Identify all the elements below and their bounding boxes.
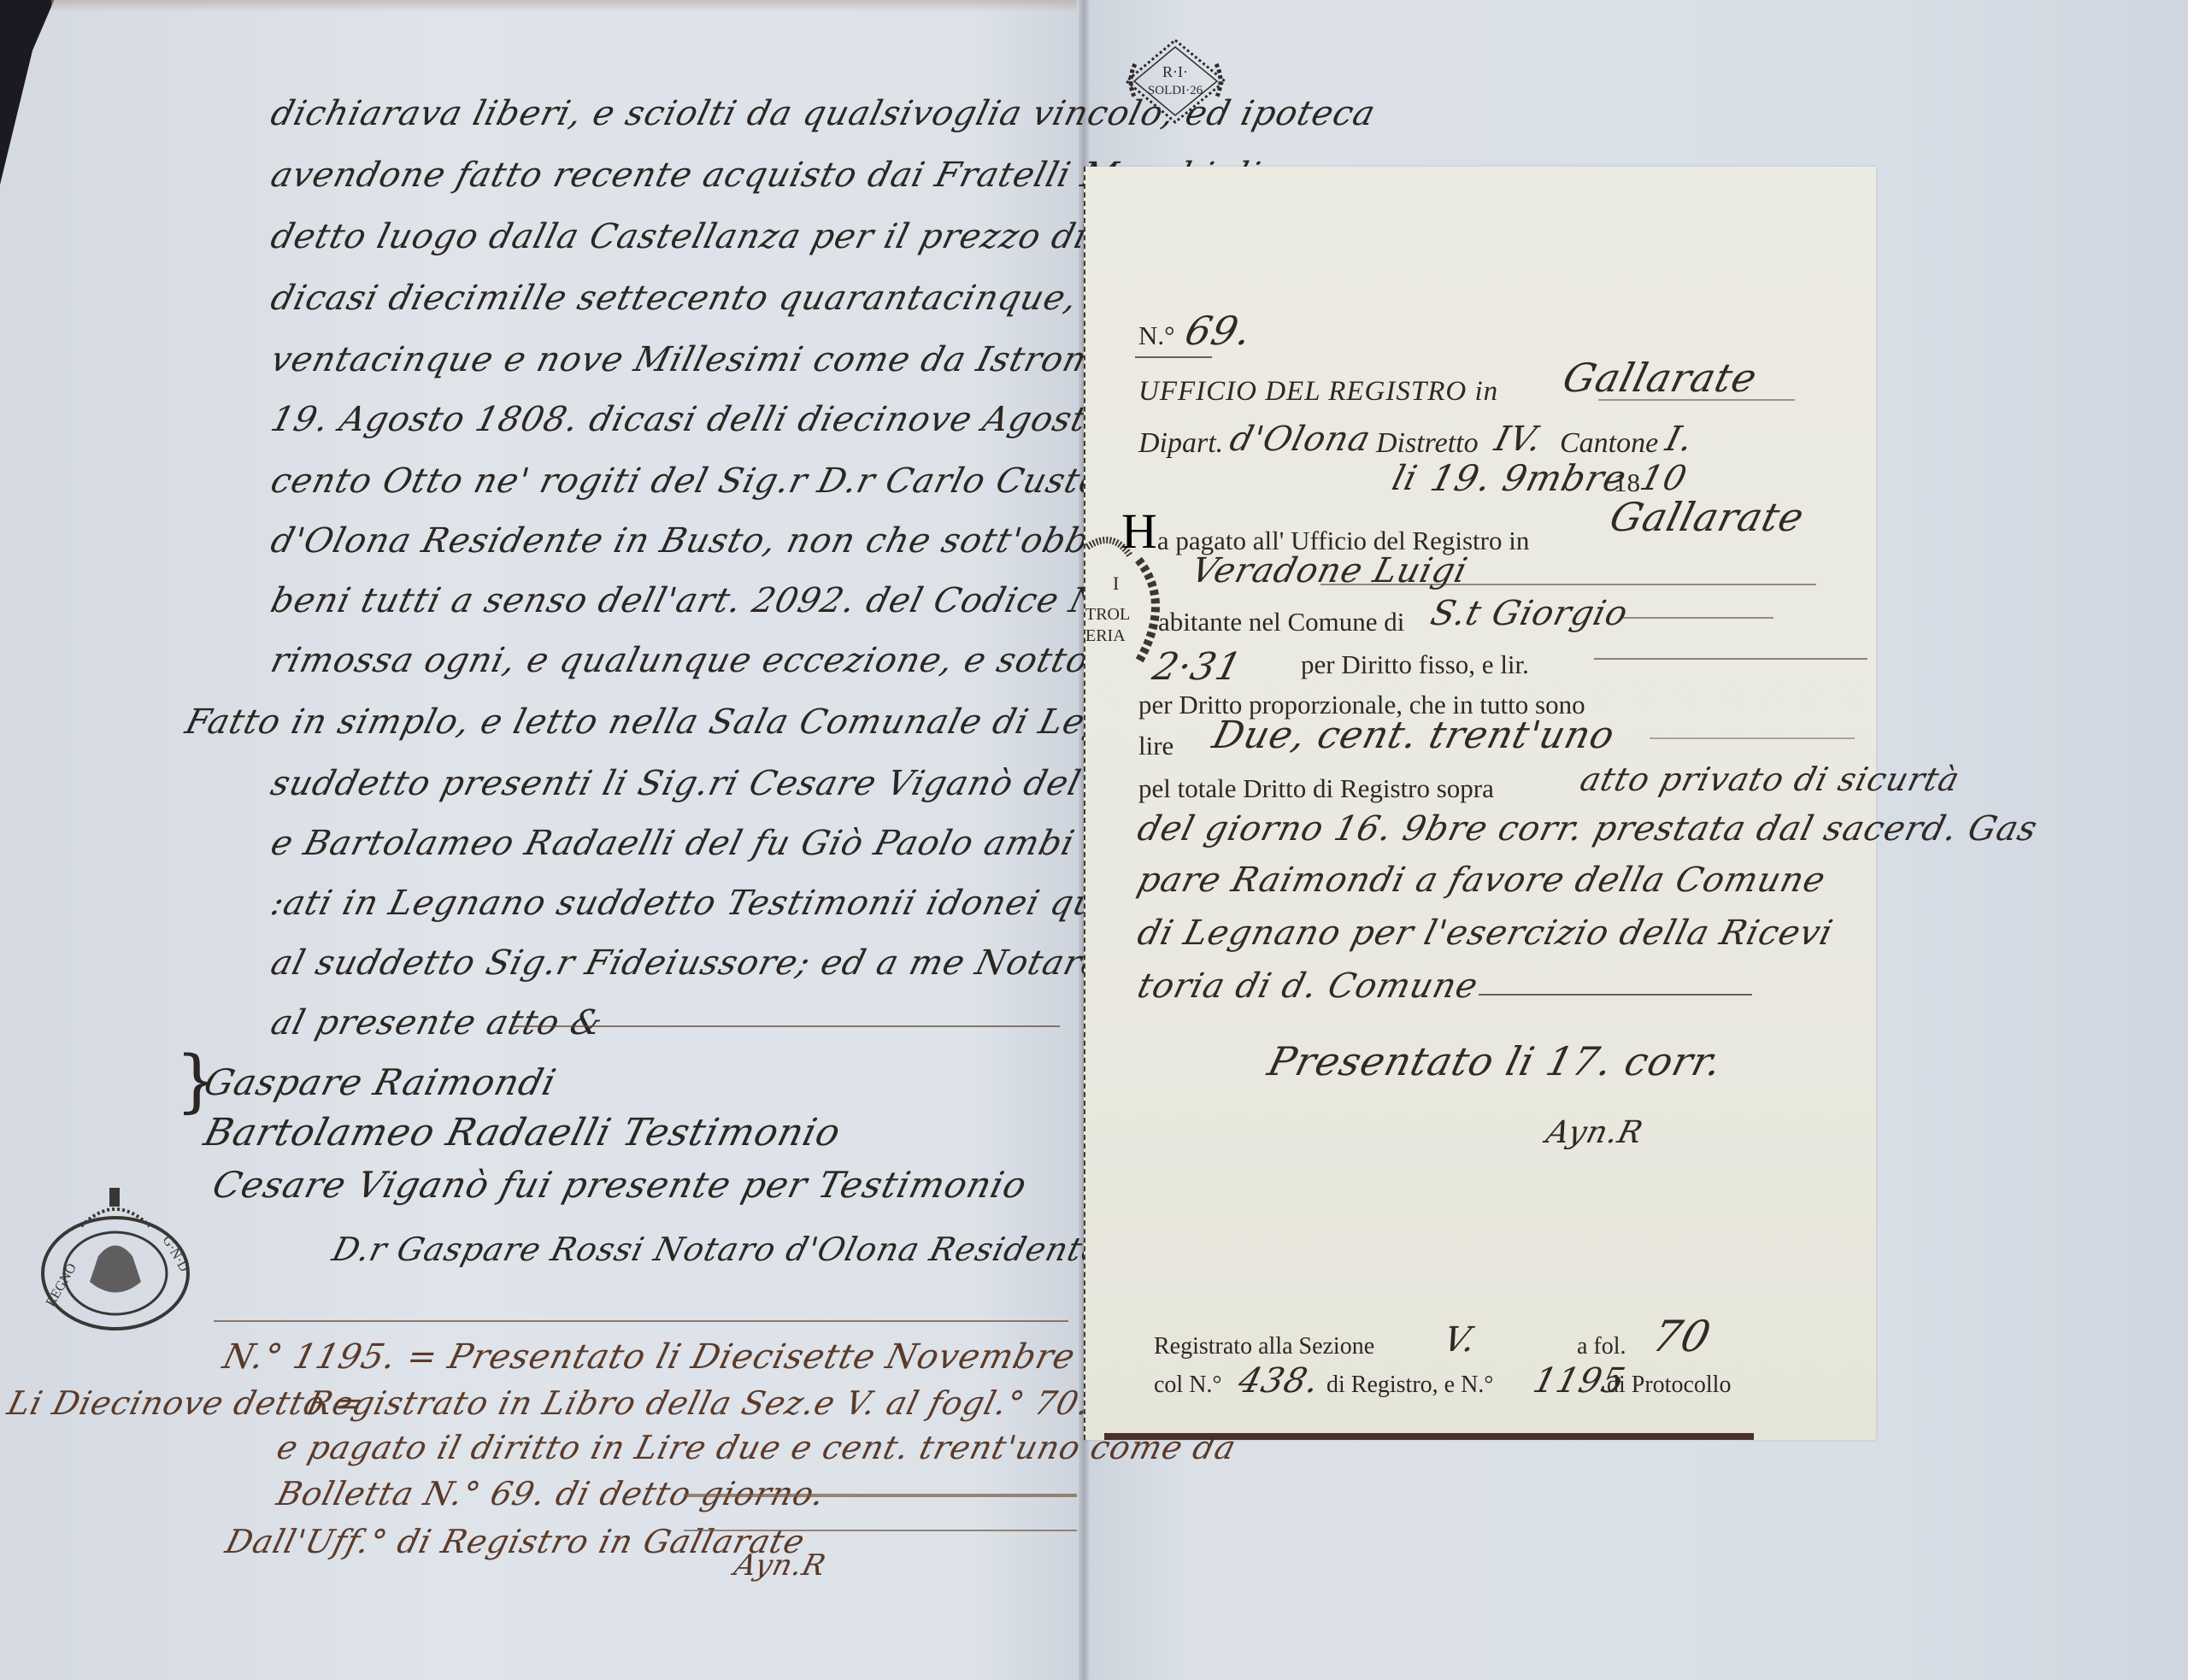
- description-line: toria di d. Comune: [1133, 966, 1482, 1006]
- svg-text:G·N·D: G·N·D: [160, 1234, 191, 1275]
- underline: [1135, 356, 1212, 358]
- description-line: del giorno 16. 9bre corr. prestata dal s…: [1133, 809, 2041, 849]
- residence-text: abitante nel Comune di: [1158, 607, 1404, 637]
- fixed-amount: 2·31: [1149, 645, 1247, 689]
- signature-bartolameo-radaelli: Bartolameo Radaelli Testimonio: [200, 1111, 845, 1154]
- date-value: 19. 9mbre: [1426, 457, 1632, 499]
- fill-line: [1598, 399, 1795, 401]
- distretto-label: Distretto: [1376, 427, 1479, 460]
- fill-line: [684, 1530, 1077, 1531]
- deed-line: dichiarava liberi, e sciolti da qualsivo…: [267, 94, 1379, 133]
- fill-line: [1320, 584, 1816, 585]
- date-year-written: 10: [1636, 459, 1691, 498]
- fill-line: [1479, 994, 1752, 996]
- svg-text:REGNO: REGNO: [44, 1261, 79, 1309]
- description-line: di Legnano per l'esercizio della Ricevi: [1133, 913, 1837, 953]
- fol-value: 70: [1648, 1312, 1716, 1361]
- fill-line: [1594, 658, 1867, 660]
- receipt-bottom-border: [1104, 1433, 1754, 1440]
- office-label: UFFICIO DEL REGISTRO in: [1138, 376, 1498, 408]
- deed-line: ventacinque e nove Millesimi come da Ist…: [267, 340, 1181, 379]
- lire-label: lire: [1138, 731, 1173, 761]
- deed-line: al presente atto &: [267, 1003, 607, 1043]
- receipt-initials: Ayn.R: [1543, 1115, 1647, 1150]
- fill-line: [513, 1025, 1060, 1027]
- total-text: pel totale Dritto di Registro sopra: [1138, 773, 1494, 804]
- residence-value: S.t Giorgio: [1426, 594, 1632, 633]
- fixed-text: per Diritto fisso, e lir.: [1301, 649, 1529, 680]
- registration-initials: Ayn.R: [731, 1548, 830, 1583]
- registry-receipt: I TROL ERIA N.° 69. UFFICIO DEL REGISTRO…: [1084, 167, 1876, 1440]
- description-line: atto privato di sicurtà: [1577, 761, 1964, 798]
- separator-line: [214, 1320, 1068, 1322]
- svg-text:R·I·: R·I·: [1162, 63, 1188, 80]
- receipt-number-value: 69.: [1180, 308, 1257, 354]
- notary-seal: REGNO G·N·D: [34, 1179, 197, 1333]
- svg-text:ERIA: ERIA: [1085, 626, 1126, 645]
- distretto-value: IV.: [1491, 420, 1546, 459]
- paid-office: Gallarate: [1605, 494, 1809, 540]
- receipt-number-label: N.°: [1138, 320, 1175, 351]
- dipart-label: Dipart.: [1138, 427, 1223, 460]
- registro-label: di Registro, e N.°: [1326, 1372, 1494, 1399]
- crowned-eagle-seal-icon: REGNO G·N·D: [34, 1179, 197, 1333]
- signature-cesare-vigano: Cesare Viganò fui presente per Testimoni…: [209, 1164, 1032, 1206]
- fol-label: a fol.: [1577, 1333, 1626, 1360]
- sezione-value: V.: [1439, 1320, 1480, 1360]
- dropcap: H: [1121, 507, 1157, 556]
- fill-line: [684, 1494, 1077, 1497]
- cantone-label: Cantone: [1560, 427, 1658, 460]
- presented-note: Presentato li 17. corr.: [1263, 1038, 1727, 1084]
- svg-text:TROL: TROL: [1085, 605, 1130, 624]
- fill-line: [1650, 737, 1855, 739]
- cantone-value: I.: [1662, 420, 1697, 459]
- protocollo-label: di Protocollo: [1607, 1372, 1731, 1399]
- registrato-label: Registrato alla Sezione: [1154, 1333, 1374, 1360]
- lire-value: Due, cent. trent'uno: [1209, 714, 1620, 757]
- registration-line-5: Dall'Uff.° di Registro in Gallarate: [222, 1523, 809, 1560]
- dipart-value: d'Olona: [1226, 420, 1374, 459]
- deed-line: Fatto in simplo, e letto nella Sala Comu…: [181, 702, 1200, 742]
- fill-line: [1620, 617, 1773, 619]
- description-line: pare Raimondi a favore della Comune: [1133, 861, 1830, 900]
- signature-gaspare-raimondi: Gaspare Raimondi: [200, 1061, 561, 1103]
- col-value: 438.: [1234, 1361, 1324, 1401]
- col-label: col N.°: [1154, 1372, 1222, 1399]
- date-prefix: li: [1388, 459, 1421, 498]
- paper-stain: [51, 0, 1077, 12]
- paid-line: H a pagato all' Ufficio del Registro in: [1121, 507, 1529, 556]
- svg-text:I: I: [1113, 573, 1119, 594]
- office-value: Gallarate: [1558, 355, 1762, 401]
